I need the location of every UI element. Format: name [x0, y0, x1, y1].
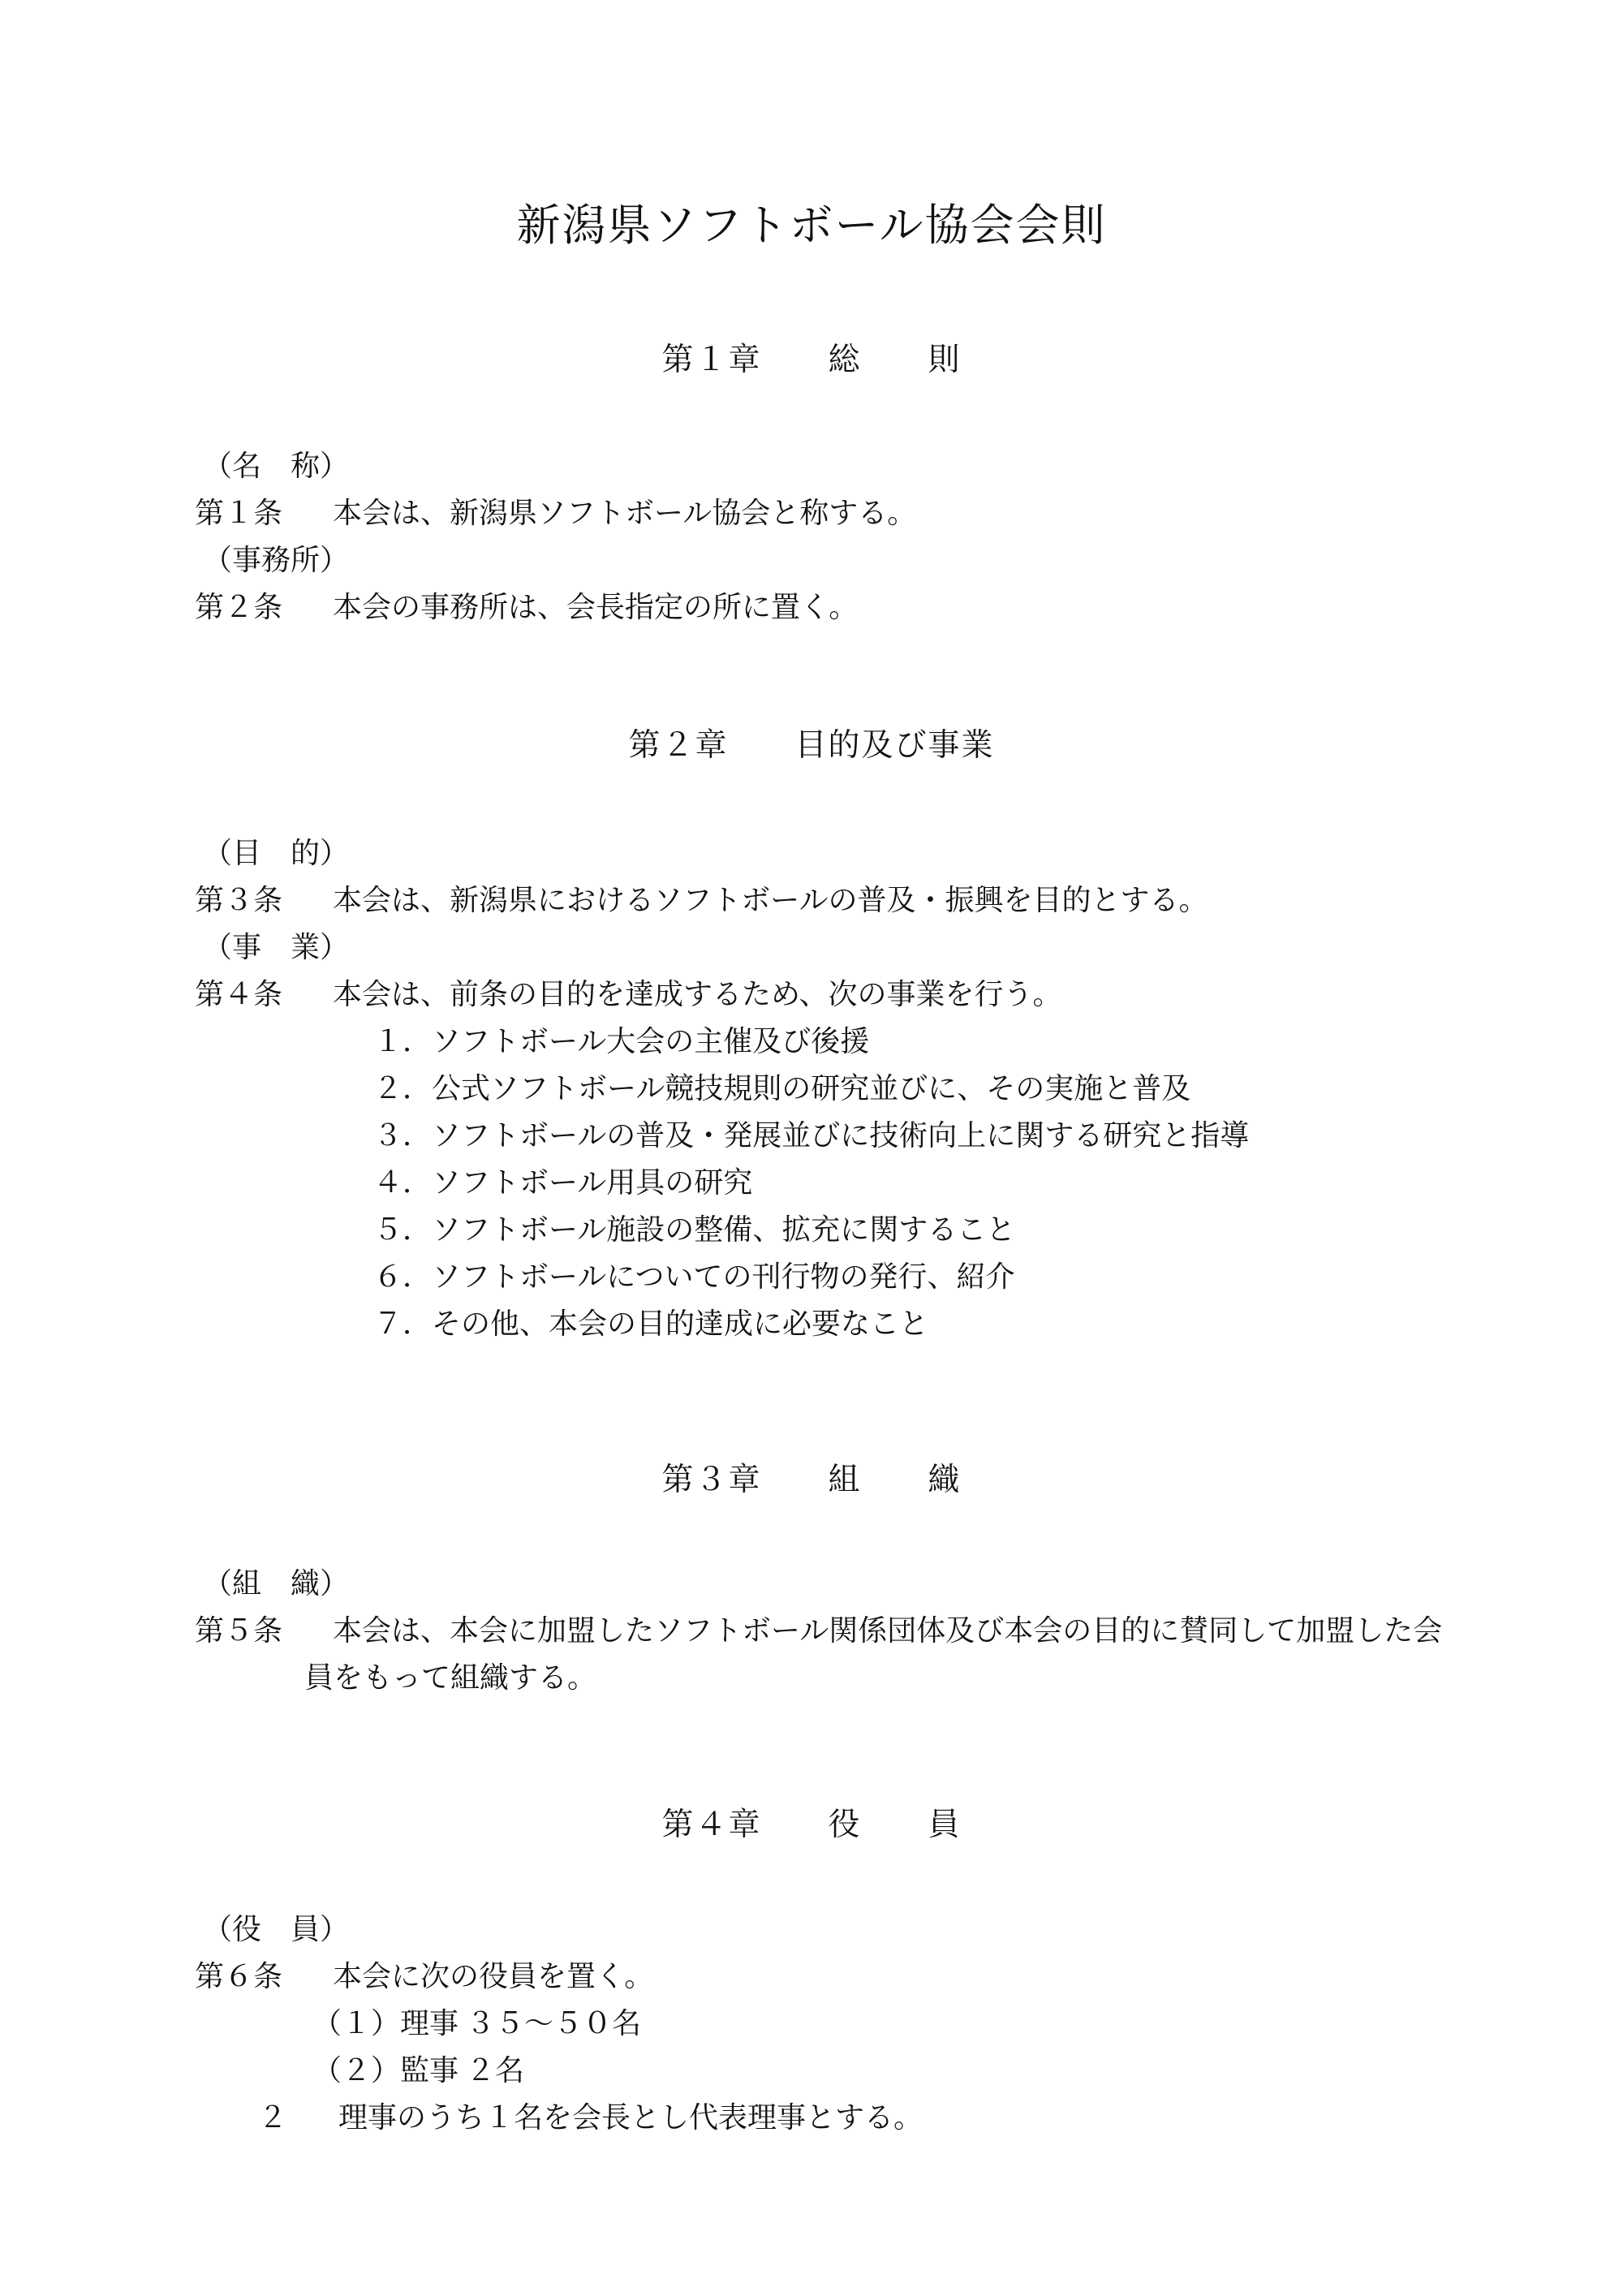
- label-office: （事務所）: [0, 536, 1623, 584]
- label-purpose: （目 的）: [0, 829, 1623, 877]
- article-5-number: 第５条: [195, 1607, 333, 1654]
- business-item-3: ３．ソフトボールの普及・発展並びに技術向上に関する研究と指導: [0, 1112, 1623, 1159]
- chapter3-heading: 第３章 組 織: [0, 1461, 1623, 1500]
- label-business: （事 業）: [0, 924, 1623, 971]
- article-4-text: 本会は、前条の目的を達成するため、次の事業を行う。: [333, 978, 1062, 1010]
- article-6-number: 第６条: [195, 1953, 333, 2000]
- officer-item-1: （１）理事 ３５～５０名: [0, 2000, 1623, 2047]
- article-6-paragraph-2: ２理事のうち１名を会長とし代表理事とする。: [0, 2094, 1623, 2141]
- article-5: 第５条本会は、本会に加盟したソフトボール関係団体及び本会の目的に賛同して加盟した…: [0, 1607, 1623, 1654]
- business-item-2: ２．公式ソフトボール競技規則の研究並びに、その実施と普及: [0, 1065, 1623, 1112]
- chapter1-heading: 第１章 総 則: [0, 341, 1623, 380]
- article-6: 第６条本会に次の役員を置く。: [0, 1953, 1623, 2000]
- label-officers: （役 員）: [0, 1906, 1623, 1953]
- business-item-1: １．ソフトボール大会の主催及び後援: [0, 1018, 1623, 1065]
- article-3: 第３条本会は、新潟県におけるソフトボールの普及・振興を目的とする。: [0, 877, 1623, 924]
- article-2-text: 本会の事務所は、会長指定の所に置く。: [333, 591, 858, 623]
- chapter4-body: （役 員） 第６条本会に次の役員を置く。 （１）理事 ３５～５０名 （２）監事 …: [0, 1906, 1623, 2141]
- business-item-5: ５．ソフトボール施設の整備、拡充に関すること: [0, 1206, 1623, 1253]
- chapter2-body: （目 的） 第３条本会は、新潟県におけるソフトボールの普及・振興を目的とする。 …: [0, 829, 1623, 1347]
- label-organization: （組 織）: [0, 1560, 1623, 1607]
- chapter2-heading: 第２章 目的及び事業: [0, 726, 1623, 765]
- business-item-6: ６．ソフトボールについての刊行物の発行、紹介: [0, 1253, 1623, 1300]
- article-6-paragraph-2-number: ２: [258, 2094, 338, 2141]
- article-1: 第１条本会は、新潟県ソフトボール協会と称する。: [0, 489, 1623, 536]
- label-name: （名 称）: [0, 442, 1623, 489]
- officer-item-2: （２）監事 ２名: [0, 2047, 1623, 2094]
- article-1-text: 本会は、新潟県ソフトボール協会と称する。: [333, 497, 916, 529]
- article-3-number: 第３条: [195, 877, 333, 924]
- business-item-4: ４．ソフトボール用具の研究: [0, 1159, 1623, 1206]
- article-5-text-line1: 本会は、本会に加盟したソフトボール関係団体及び本会の目的に賛同して加盟した会: [333, 1614, 1442, 1647]
- article-4: 第４条本会は、前条の目的を達成するため、次の事業を行う。: [0, 971, 1623, 1018]
- document-page: 新潟県ソフトボール協会会則 第１章 総 則 （名 称） 第１条本会は、新潟県ソフ…: [0, 0, 1623, 2296]
- chapter4-heading: 第４章 役 員: [0, 1806, 1623, 1845]
- article-4-number: 第４条: [195, 971, 333, 1018]
- article-1-number: 第１条: [195, 489, 333, 536]
- article-6-text: 本会に次の役員を置く。: [333, 1960, 653, 1992]
- business-item-7: ７．その他、本会の目的達成に必要なこと: [0, 1300, 1623, 1347]
- chapter3-body: （組 織） 第５条本会は、本会に加盟したソフトボール関係団体及び本会の目的に賛同…: [0, 1560, 1623, 1701]
- document-title: 新潟県ソフトボール協会会則: [0, 0, 1623, 250]
- article-6-paragraph-2-text: 理事のうち１名を会長とし代表理事とする。: [338, 2101, 923, 2134]
- article-5-text-line2: 員をもって組織する。: [0, 1654, 1623, 1701]
- article-3-text: 本会は、新潟県におけるソフトボールの普及・振興を目的とする。: [333, 884, 1208, 916]
- chapter1-body: （名 称） 第１条本会は、新潟県ソフトボール協会と称する。 （事務所） 第２条本…: [0, 442, 1623, 631]
- article-2: 第２条本会の事務所は、会長指定の所に置く。: [0, 584, 1623, 631]
- article-2-number: 第２条: [195, 584, 333, 631]
